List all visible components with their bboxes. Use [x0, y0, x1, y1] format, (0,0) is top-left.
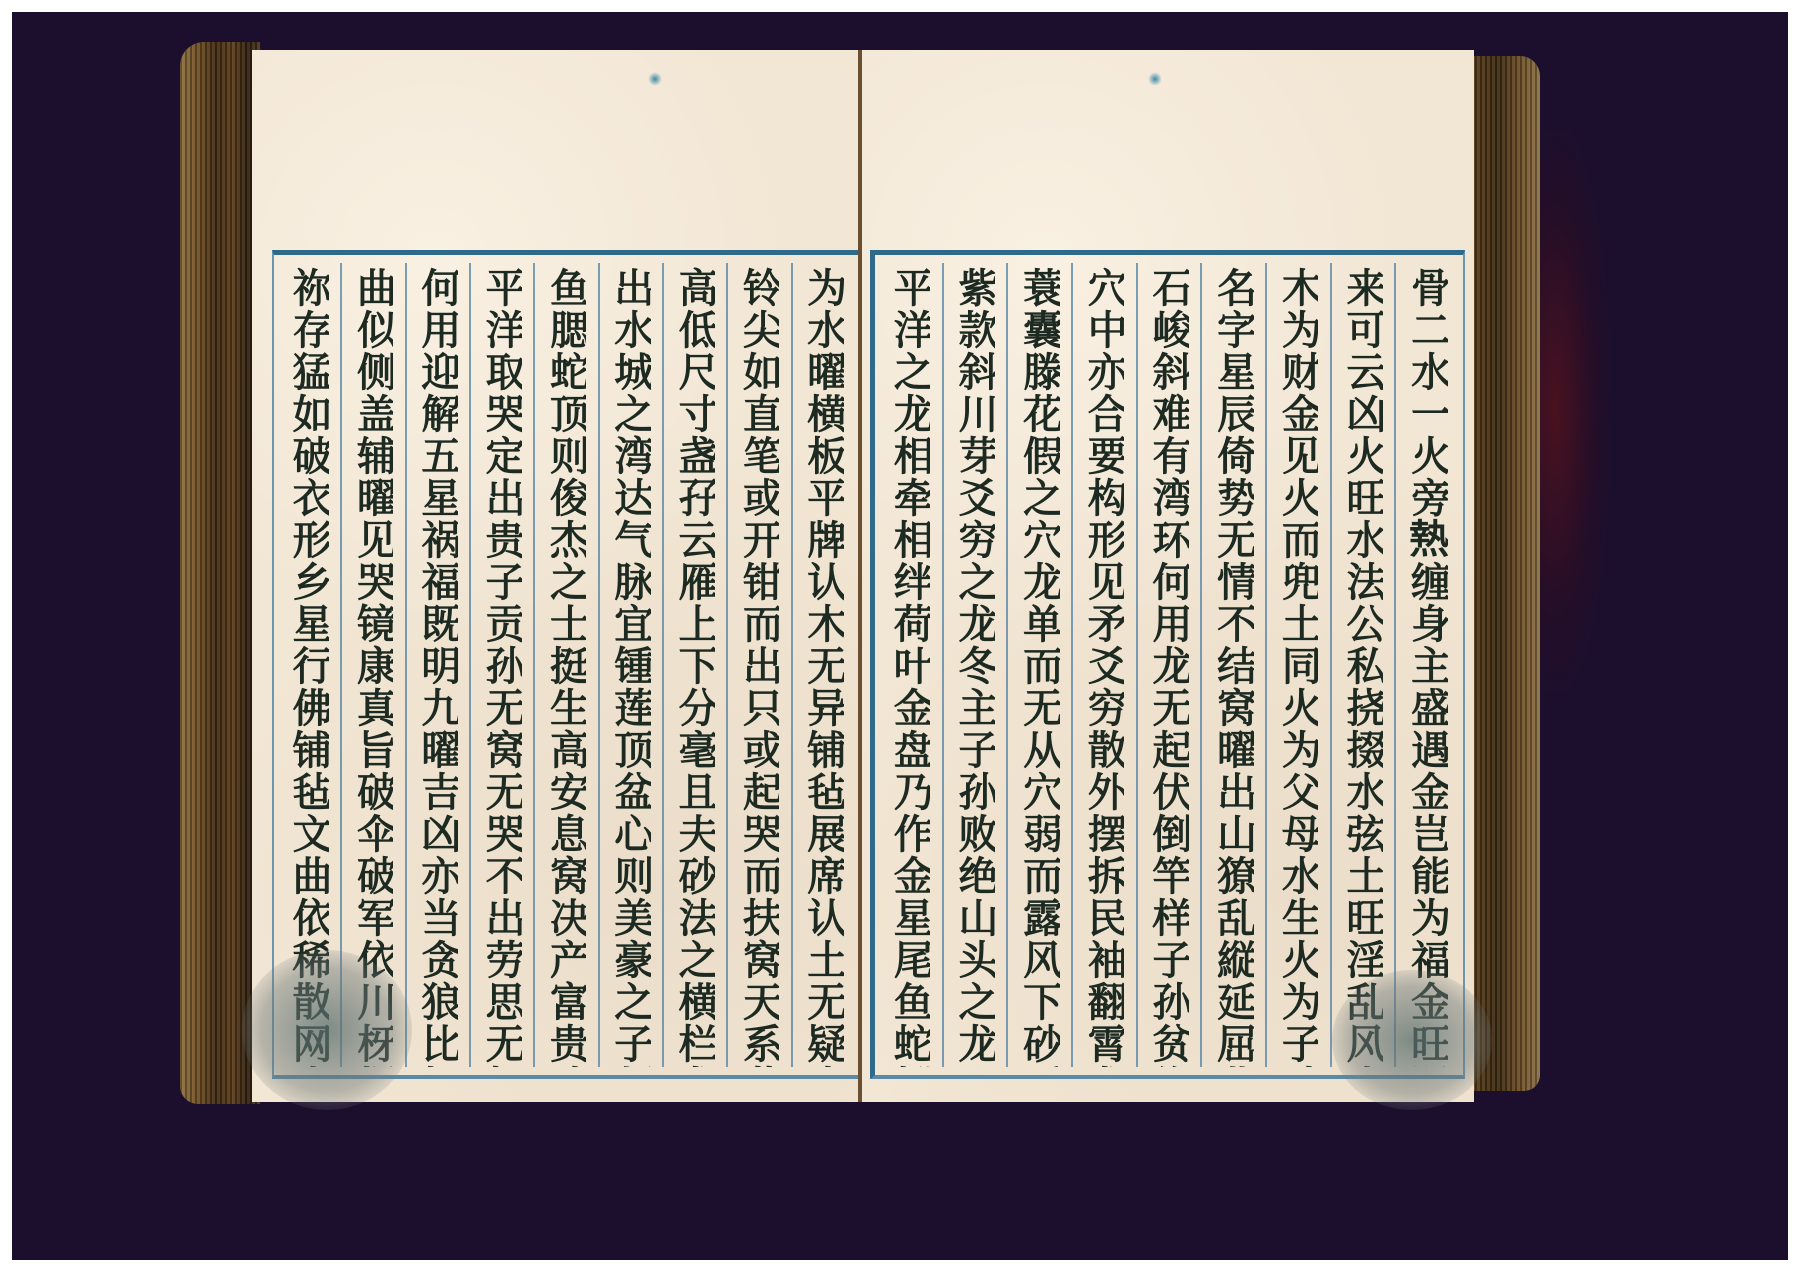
right-page-edges: [1470, 56, 1540, 1091]
column-text: 来可云凶火旺水法公私挠掇水弦土旺淫乱风声金: [1343, 267, 1383, 1067]
column-text: 出水城之湾达气脉宜锺莲顶盆心则美豪之子频出: [611, 267, 651, 1067]
text-column: 曲似侧盖辅曜见哭镜康真旨破伞破军依川枒桿叶: [340, 263, 404, 1067]
text-column: 高低尺寸盏孖云雁上下分毫且夫砂法之横栏龙神必: [662, 263, 726, 1067]
text-column: 祢存猛如破衣形乡星行佛铺毡文曲依稀散网生或巨: [278, 263, 340, 1067]
left-page-edges: [180, 42, 260, 1104]
right-page-text-frame: 骨二水一火旁𤍠缠身主盛遇金岂能为福金旺遇火 来可云凶火旺水法公私挠掇水弦土旺淫乱…: [870, 250, 1465, 1079]
text-column: 石峻斜难有湾环何用龙无起伏倒竿样子孙贫绝离乡: [1136, 263, 1201, 1067]
text-column: 蓑囊滕花假之穴龙单而无从穴弱而露风下砂反牵翊: [1006, 263, 1071, 1067]
text-column: 为水曜横板平牌认木无异铺毡展席认土无疑尖石为枪: [791, 263, 855, 1067]
text-column: 骨二水一火旁𤍠缠身主盛遇金岂能为福金旺遇火: [1394, 263, 1459, 1067]
left-page-columns: 为水曜横板平牌认木无异铺毡展席认土无疑尖石为枪 铃尖如直笔或开钳而出只或起哭而扶…: [278, 263, 855, 1067]
text-column: 来可云凶火旺水法公私挠掇水弦土旺淫乱风声金: [1330, 263, 1395, 1067]
ink-dot: [648, 72, 662, 86]
text-column: 何用迎解五星祸福既明九曜吉凶亦当贪狼比拟笔武: [405, 263, 469, 1067]
column-text: 高低尺寸盏孖云雁上下分毫且夫砂法之横栏龙神必: [675, 267, 715, 1067]
column-text: 穴中亦合要构形见矛爻穷散外摆拆民袖翻霄龙枪: [1084, 267, 1124, 1067]
text-column: 紫款斜川芽爻穷之龙冬主子孙败绝山头之龙一起一伏: [942, 263, 1007, 1067]
ink-dot: [1148, 72, 1162, 86]
column-text: 骨二水一火旁𤍠缠身主盛遇金岂能为福金旺遇火: [1408, 267, 1448, 1067]
column-text: 曲似侧盖辅曜见哭镜康真旨破伞破军依川枒桿叶: [353, 267, 393, 1067]
column-text: 石峻斜难有湾环何用龙无起伏倒竿样子孙贫绝离乡: [1149, 267, 1189, 1067]
column-text: 平洋取哭定出贵子贡孙无窝无哭不出劳思无根无蒂: [482, 267, 522, 1067]
column-text: 鱼腮蛇顶则俊杰之士挺生高安息窝决产富贵才子: [546, 267, 586, 1067]
open-book: 为水曜横板平牌认木无异铺毡展席认土无疑尖石为枪 铃尖如直笔或开钳而出只或起哭而扶…: [180, 38, 1540, 1113]
text-column: 名字星辰倚势无情不结窝曜出山獠乱縦延屈曲何奇恶: [1200, 263, 1265, 1067]
text-column: 铃尖如直笔或开钳而出只或起哭而扶窝天系草千蛇: [726, 263, 790, 1067]
column-text: 名字星辰倚势无情不结窝曜出山獠乱縦延屈曲何奇恶: [1214, 267, 1254, 1067]
column-text: 木为财金见火而兜土同火为父母水生火为子孙山玖有气: [1278, 267, 1318, 1067]
column-text: 何用迎解五星祸福既明九曜吉凶亦当贪狼比拟笔武: [418, 267, 458, 1067]
column-text: 平洋之龙相牵相绊荷叶金盘乃作金星尾鱼蛇蚓印: [890, 267, 930, 1067]
text-column: 木为财金见火而兜土同火为父母水生火为子孙山玖有气: [1265, 263, 1330, 1067]
right-page: 骨二水一火旁𤍠缠身主盛遇金岂能为福金旺遇火 来可云凶火旺水法公私挠掇水弦土旺淫乱…: [862, 50, 1474, 1102]
water-stain: [242, 950, 412, 1110]
left-page-text-frame: 为水曜横板平牌认木无异铺毡展席认土无疑尖石为枪 铃尖如直笔或开钳而出只或起哭而扶…: [272, 250, 859, 1079]
column-text: 祢存猛如破衣形乡星行佛铺毡文曲依稀散网生或巨: [289, 267, 329, 1067]
column-text: 铃尖如直笔或开钳而出只或起哭而扶窝天系草千蛇: [739, 267, 779, 1067]
text-column: 鱼腮蛇顶则俊杰之士挺生高安息窝决产富贵才子: [533, 263, 597, 1067]
column-text: 紫款斜川芽爻穷之龙冬主子孙败绝山头之龙一起一伏: [955, 267, 995, 1067]
column-text: 蓑囊滕花假之穴龙单而无从穴弱而露风下砂反牵翊: [1020, 267, 1060, 1067]
left-page: 为水曜横板平牌认木无异铺毡展席认土无疑尖石为枪 铃尖如直笔或开钳而出只或起哭而扶…: [252, 50, 860, 1102]
text-column: 平洋取哭定出贵子贡孙无窝无哭不出劳思无根无蒂: [469, 263, 533, 1067]
text-column: 出水城之湾达气脉宜锺莲顶盆心则美豪之子频出: [598, 263, 662, 1067]
right-page-columns: 骨二水一火旁𤍠缠身主盛遇金岂能为福金旺遇火 来可云凶火旺水法公私挠掇水弦土旺淫乱…: [879, 263, 1459, 1067]
water-stain: [1332, 970, 1492, 1110]
text-column: 平洋之龙相牵相绊荷叶金盘乃作金星尾鱼蛇蚓印: [879, 263, 942, 1067]
text-column: 穴中亦合要构形见矛爻穷散外摆拆民袖翻霄龙枪: [1071, 263, 1136, 1067]
column-text: 为水曜横板平牌认木无异铺毡展席认土无疑尖石为枪: [804, 267, 844, 1067]
